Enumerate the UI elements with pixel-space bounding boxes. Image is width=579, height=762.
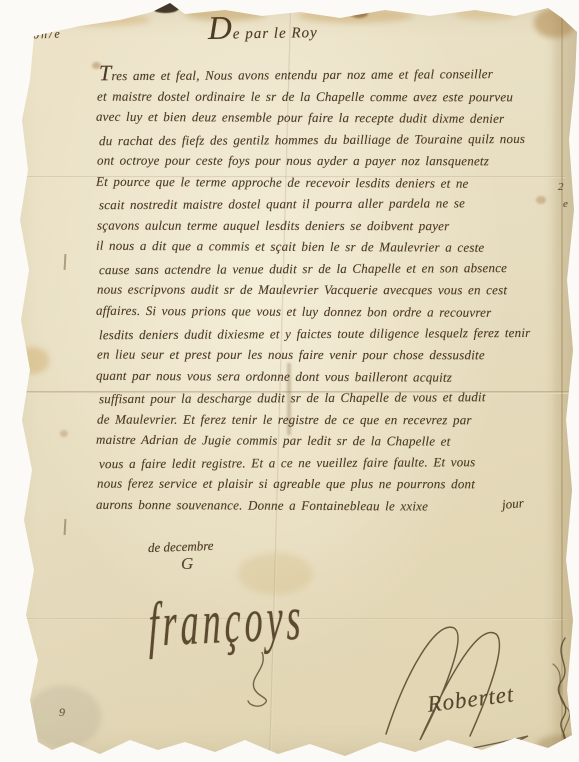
margin-word: jour xyxy=(501,495,524,513)
manuscript-line: nous ferez service et plaisir si agreabl… xyxy=(97,473,562,495)
manuscript-line: maistre Adrian de Jugie commis par ledit… xyxy=(96,429,562,453)
manuscript-line: quant par nous vous sera ordonne dont vo… xyxy=(96,364,562,388)
manuscript-line: aurons bonne souvenance. Donne a Fontain… xyxy=(96,494,562,518)
signature-descender-flourish xyxy=(238,652,282,710)
secretary-paraph xyxy=(543,636,579,752)
foxing-spot xyxy=(60,430,68,437)
right-margin-mark: e xyxy=(563,198,568,210)
right-margin-mark: 2 xyxy=(558,181,564,193)
manuscript-line: lesdits deniers dudit dixiesme et y faic… xyxy=(99,321,562,345)
manuscript-line: suffisant pour la descharge dudit sr de … xyxy=(99,386,562,410)
manuscript-line: nous escripvons audit sr de Maulevrier V… xyxy=(97,279,562,301)
manuscript-line: Tres ame et feal, Nous avons entendu par… xyxy=(99,63,562,87)
letter-body: Tres ame et feal, Nous avons entendu par… xyxy=(96,64,562,516)
royal-signature: françoys xyxy=(148,581,305,662)
archival-note: on/e xyxy=(33,27,62,43)
manuscript-line: cause sans actendre la venue dudit sr de… xyxy=(99,257,562,281)
manuscript-line: en lieu seur et prest pour les nous fair… xyxy=(97,344,562,366)
stain xyxy=(55,13,150,26)
manuscript-line: il nous a dit que a commis et sçait bien… xyxy=(96,235,562,259)
stain xyxy=(455,8,517,20)
page-corner-mark: 9 xyxy=(59,705,65,720)
manuscript-line: avec luy et bien deuz ensemble pour fair… xyxy=(96,106,562,130)
manuscript-line: ont octroye pour ceste foys pour nous ay… xyxy=(97,150,562,172)
paraph-mark: G xyxy=(181,554,193,574)
manuscript-line: de Maulevrier. Et ferez tenir le registr… xyxy=(97,408,562,430)
royal-heading: De par le Roy xyxy=(208,25,318,44)
manuscript-line: scait nostredit maistre dostel quant il … xyxy=(99,192,562,216)
parchment-sheet: on/e De par le Roy Tres ame et feal, Nou… xyxy=(0,0,579,762)
manuscript-line: du rachat des fiefz des gentilz hommes d… xyxy=(99,127,562,151)
manuscript-line: Et pource que le terme approche de recev… xyxy=(96,171,562,195)
stain xyxy=(350,9,368,18)
manuscript-line: sçavons aulcun terme auquel lesdits deni… xyxy=(97,214,562,236)
top-edge-dark-blob xyxy=(150,0,181,13)
manuscript-scan: on/e De par le Roy Tres ame et feal, Nou… xyxy=(0,0,579,762)
manuscript-line: et maistre dostel ordinaire le sr de la … xyxy=(97,85,562,107)
manuscript-line: vous a faire ledit registre. Et a ce ne … xyxy=(99,451,562,475)
manuscript-line: affaires. Si vous prions que vous et luy… xyxy=(96,300,562,324)
stain xyxy=(17,347,49,374)
